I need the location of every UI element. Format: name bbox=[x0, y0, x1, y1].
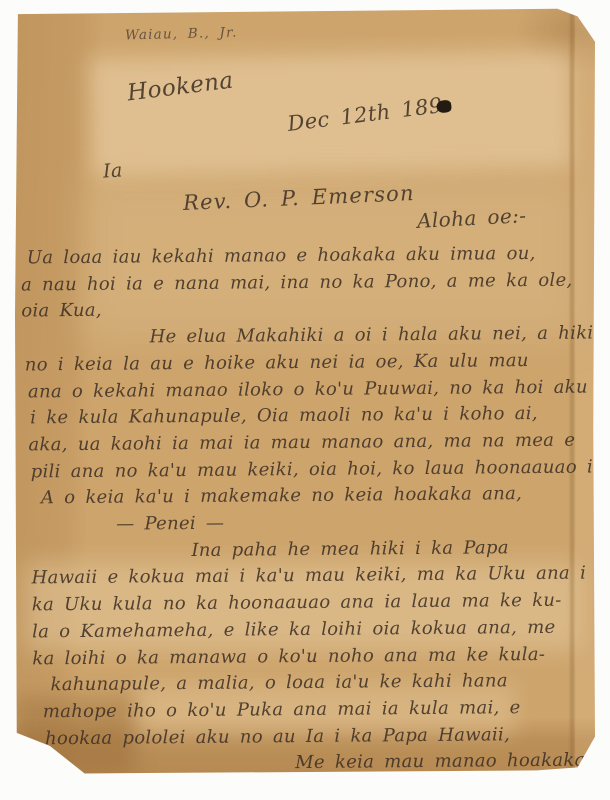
letter-line: la o Kamehameha, e like ka loihi oia kok… bbox=[32, 617, 556, 643]
letter-recipient: Rev. O. P. Emerson bbox=[183, 181, 416, 215]
letter-line: kahunapule, a malia, o loaa ia'u ke kahi… bbox=[50, 670, 507, 695]
letter-line: pili ana no ka'u mau keiki, oia hoi, ko … bbox=[31, 456, 610, 482]
letter-line: no i keia la au e hoike aku nei ia oe, K… bbox=[25, 350, 529, 375]
letter-paper: Waiau, B., Jr. Hookena Dec 12th 189 Ia R… bbox=[15, 8, 595, 775]
photo-background: Waiau, B., Jr. Hookena Dec 12th 189 Ia R… bbox=[0, 0, 610, 800]
letter-line: Ina paha he mea hiki i ka Papa bbox=[191, 537, 509, 561]
letter-line: hookaa pololei aku no au Ia i ka Papa Ha… bbox=[45, 724, 510, 749]
letter-greeting: Aloha oe:- bbox=[416, 203, 527, 233]
letter-line: Me keia mau manao hoakaka bbox=[295, 750, 585, 774]
letter-line: He elua Makahiki a oi i hala aku nei, a … bbox=[149, 323, 593, 348]
letter-line: aka, ua kaohi ia mai ia mau manao ana, m… bbox=[28, 430, 575, 456]
letter-line: a nau hoi ia e nana mai, ina no ka Pono,… bbox=[21, 269, 573, 295]
letter-line: oia Kua, bbox=[21, 300, 102, 322]
letter-line: A o keia ka'u i makemake no keia hoakaka… bbox=[41, 483, 522, 508]
letter-date-text: Dec 12th 189 bbox=[286, 93, 444, 136]
letter-line: ka loihi o ka manawa o ko'u noho ana ma … bbox=[32, 643, 545, 668]
letter-line: — Penei — bbox=[116, 513, 224, 535]
letter-line: ka Uku kula no ka hoonaauao ana ia laua … bbox=[32, 590, 562, 616]
letter-line: Hawaii e kokua mai i ka'u mau keiki, ma … bbox=[32, 563, 587, 589]
letter-line: Ua loaa iau kekahi manao e hoakaka aku i… bbox=[27, 243, 536, 268]
letter-line: ana o kekahi manao iloko o ko'u Puuwai, … bbox=[28, 376, 588, 402]
letter-line: i ke kula Kahunapule, Oia maoli no ka'u … bbox=[30, 403, 538, 428]
letter-line: mahope iho o ko'u Puka ana mai ia kula m… bbox=[43, 697, 521, 722]
letter-place: Hookena bbox=[126, 68, 235, 107]
letter-salutation-to: Ia bbox=[102, 159, 123, 182]
letter-body: Ua loaa iau kekahi manao e hoakaka aku i… bbox=[21, 243, 592, 768]
catalog-annotation: Waiau, B., Jr. bbox=[125, 25, 238, 44]
letter-date: Dec 12th 189 bbox=[286, 92, 453, 136]
